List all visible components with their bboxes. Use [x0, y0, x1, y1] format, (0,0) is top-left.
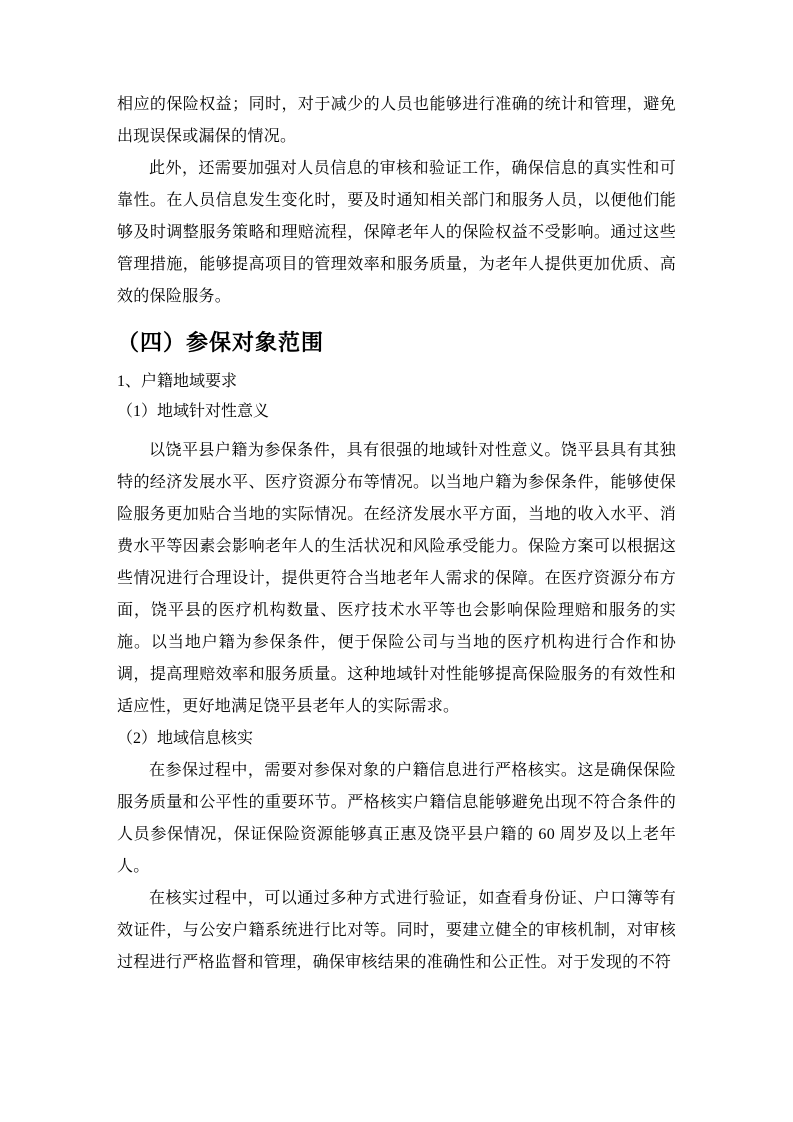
subheading-hukou-region-requirement: 1、户籍地域要求	[117, 367, 676, 397]
subheading-region-targeting-significance: （1）地域针对性意义	[117, 397, 676, 427]
paragraph-carryover: 相应的保险权益；同时，对于减少的人员也能够进行准确的统计和管理，避免出现误保或漏…	[117, 89, 676, 153]
subheading-region-info-verification: （2）地域信息核实	[117, 723, 676, 755]
paragraph-info-audit: 此外，还需要加强对人员信息的审核和验证工作，确保信息的真实性和可靠性。在人员信息…	[117, 153, 676, 313]
paragraph-verification-methods: 在核实过程中，可以通过多种方式进行验证，如查看身份证、户口簿等有效证件，与公安户…	[117, 883, 676, 979]
section-heading-enrollment-scope: （四）参保对象范围	[117, 327, 676, 359]
document-page: 相应的保险权益；同时，对于减少的人员也能够进行准确的统计和管理，避免出现误保或漏…	[0, 0, 793, 1122]
paragraph-region-significance: 以饶平县户籍为参保条件，具有很强的地域针对性意义。饶平县具有其独特的经济发展水平…	[117, 435, 676, 723]
paragraph-hukou-verification: 在参保过程中，需要对参保对象的户籍信息进行严格核实。这是确保保险服务质量和公平性…	[117, 755, 676, 883]
